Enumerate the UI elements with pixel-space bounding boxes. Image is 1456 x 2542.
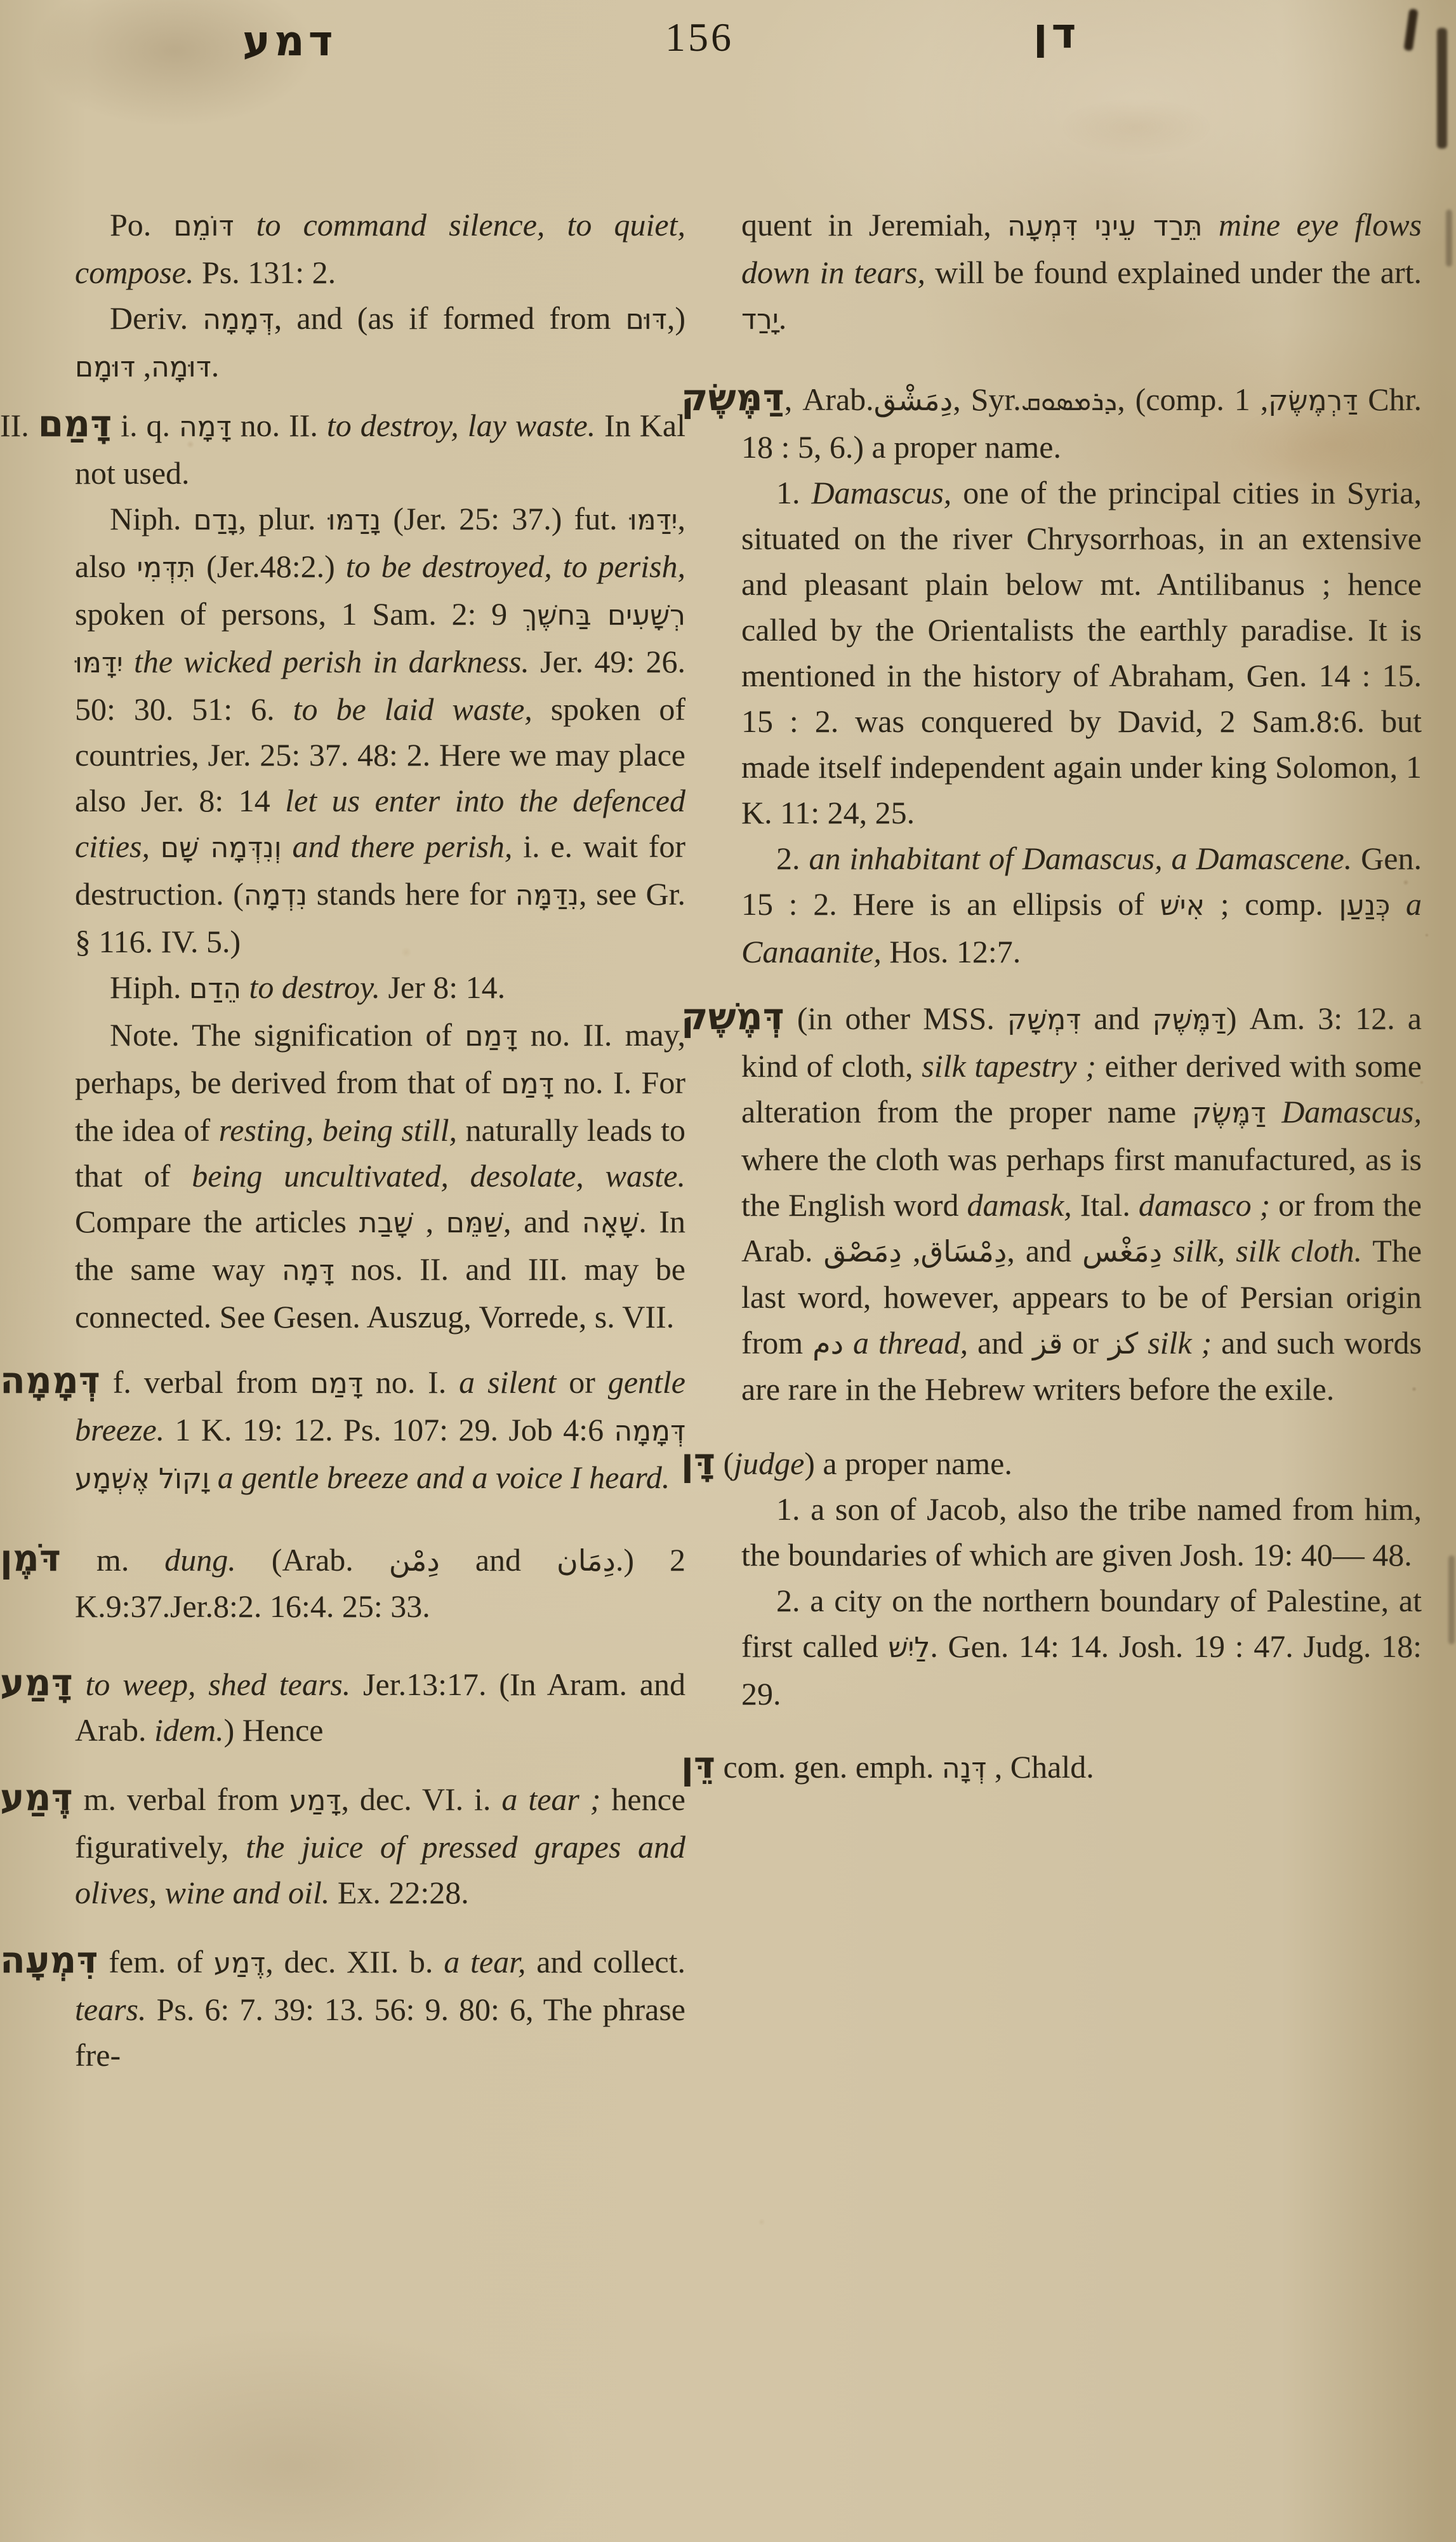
text-segment-rm <box>1203 207 1219 243</box>
text-segment-he: נָדַמּוּ <box>328 504 381 536</box>
text-segment-it: to be laid waste, <box>293 691 533 727</box>
entry-den-chald: דֵּן com. gen. emph. דְּנָה , Chald. <box>741 1742 1422 1792</box>
text-segment-he: דַּמֶּשֶׂק <box>1192 1097 1266 1129</box>
header-catchword-right: דן <box>1033 9 1080 58</box>
text-segment-it: tears. <box>75 1992 147 2027</box>
text-segment-it: a silent <box>459 1364 556 1400</box>
text-segment-ar: دِمَان <box>557 1543 616 1578</box>
text-segment-rm: ,) <box>667 300 685 336</box>
text-segment-hw: דִּמְעָה <box>0 1938 98 1981</box>
left-column: Po. דּוֹמֵם to command silence, to quiet… <box>75 202 685 2078</box>
text-segment-he: נִדַּמָּה <box>515 879 579 912</box>
text-segment-he: דָּמָה <box>179 411 232 443</box>
text-segment-it: damask, <box>967 1187 1072 1223</box>
entry-dammeseq-2: 2. an inhabitant of Damascus, a Damascen… <box>741 835 1422 975</box>
text-segment-he: דָּמַם <box>465 1020 517 1053</box>
text-segment-rm: m. verbal from <box>73 1781 289 1817</box>
text-segment-rm: and <box>440 1542 557 1578</box>
text-segment-rm: (Jer.48:2.) <box>195 549 346 584</box>
text-segment-it: silk, silk cloth. <box>1173 1233 1362 1268</box>
text-segment-rm: i. q. <box>112 408 179 443</box>
text-segment-rm <box>73 1667 86 1702</box>
text-segment-rm: ) Hence <box>224 1712 324 1748</box>
text-segment-rm: Niph. <box>110 501 194 536</box>
text-segment-he: דָּמַע <box>289 1785 341 1817</box>
text-segment-he: יָרַד <box>741 303 779 336</box>
text-segment-ar: دِمَشْق <box>874 383 953 417</box>
text-segment-hw: דֵּן <box>681 1743 715 1787</box>
text-segment-he: לַיִשׁ <box>888 1632 930 1664</box>
entry-dan-2: 2. a city on the northern boundary of Pa… <box>741 1578 1422 1717</box>
text-segment-he: דֶּמַע <box>214 1947 265 1980</box>
entry-damam-note: Note. The signification of דָּמַם no. II… <box>75 1012 685 1340</box>
entry-demesheq: דְּמֶשֶׁק (in other MSS. דִּמְשָׁק and ד… <box>741 994 1422 1412</box>
text-segment-it: being uncultivated, desolate, waste. <box>192 1158 685 1194</box>
text-segment-rm: Hos. 12:7. <box>882 934 1021 969</box>
text-segment-ar: دِمَغْس <box>1082 1234 1162 1268</box>
text-segment-he: כְּנַעַן <box>1339 889 1391 922</box>
text-segment-it: to weep, shed tears. <box>86 1667 351 1702</box>
text-segment-rm: Deriv. <box>110 300 202 336</box>
text-segment-it: a thread, <box>853 1325 968 1361</box>
text-segment-rm: quent in Jeremiah, <box>741 207 1007 243</box>
text-segment-hw: דָּמַע <box>0 1661 73 1704</box>
text-segment-rm: m. <box>61 1542 164 1578</box>
entry-damam-hiph: Hiph. הֵדַם to destroy. Jer 8: 14. <box>75 964 685 1012</box>
text-segment-rm: , Chald. <box>986 1749 1094 1785</box>
text-segment-rm: , dec. XII. b. <box>265 1944 444 1980</box>
text-segment-he: נִדְמָה <box>244 879 307 912</box>
text-segment-rm: ( <box>715 1446 734 1481</box>
text-segment-rm <box>1266 1094 1281 1129</box>
text-segment-he: תִּדְּמִי <box>136 552 195 584</box>
text-segment-rm: (Arab. <box>236 1542 389 1578</box>
text-segment-rm: 1. <box>776 475 811 510</box>
text-segment-rm: II. <box>0 408 38 443</box>
page-edge-mark <box>1403 8 1418 51</box>
text-segment-ar: دِمَصْق <box>824 1234 902 1268</box>
text-segment-it: a gentle breeze and a voice I heard. <box>218 1460 670 1495</box>
text-segment-rm <box>844 1325 853 1361</box>
text-segment-he: דָּמָה <box>282 1254 334 1287</box>
entry-deriv: Deriv. דְּמָמָה, and (as if formed from … <box>75 295 685 390</box>
text-segment-it: dung. <box>164 1542 236 1578</box>
page-number: 156 <box>665 14 734 61</box>
text-segment-hw: דֶּמַע <box>0 1776 73 1819</box>
text-segment-rm: spoken of persons, 1 Sam. 2: 9 <box>75 596 522 632</box>
text-segment-it: silk tapestry ; <box>922 1048 1096 1084</box>
text-segment-he: יִדַּמּוּ <box>630 504 678 536</box>
text-segment-it: an inhabitant of Damascus, a Damascene. <box>809 841 1352 876</box>
right-column: quent in Jeremiah, תֵּרַד עֵינִי דִּמְעָ… <box>741 202 1422 1792</box>
text-segment-rm: will be found explained under the art. <box>925 255 1422 290</box>
text-segment-it: a tear ; <box>501 1781 600 1817</box>
text-segment-rm: Jer 8: 14. <box>380 969 505 1005</box>
text-segment-he: דָּמַם <box>310 1367 363 1400</box>
text-segment-rm: , <box>135 348 151 383</box>
text-segment-he: אִישׁ <box>1160 889 1205 922</box>
text-segment-he: וְנִדְּמָה שָּׁם <box>161 832 282 864</box>
text-segment-it: judge <box>734 1446 804 1481</box>
text-segment-hw: דָּמַם <box>38 402 112 445</box>
text-segment-rm: ) a proper name. <box>804 1446 1012 1481</box>
header-catchword-left: דמע <box>242 17 337 65</box>
text-segment-hw: דָּן <box>681 1440 715 1483</box>
text-segment-rm: and collect. <box>526 1944 685 1980</box>
text-segment-rm: Compare the articles <box>75 1204 359 1239</box>
text-segment-rm: , Arab. <box>784 382 874 417</box>
page-edge-mark <box>1446 210 1452 267</box>
text-segment-it: Damascus, <box>1281 1094 1422 1129</box>
text-segment-he: דַּרְמֶשֶׂק <box>1268 385 1358 417</box>
scanned-lexicon-page: דמע 156 דן Po. דּוֹמֵם to command silenc… <box>0 0 1456 2542</box>
text-segment-rm: Ps. 6: 7. 39: 13. 56: 9. 80: 6, The phra… <box>75 1992 685 2073</box>
text-segment-he: נָדַם <box>194 504 239 536</box>
text-segment-rm: Ps. 131: 2. <box>194 255 336 290</box>
text-segment-it: the wicked perish in darkness. <box>123 644 529 679</box>
text-segment-rm: (in other MSS. <box>784 1001 1007 1036</box>
text-segment-hw: דְּמָמָה <box>0 1359 100 1402</box>
entry-damam-II: II. דָּמַם i. q. דָּמָה no. II. to destr… <box>75 401 685 496</box>
entry-dema: דֶּמַע m. verbal from דָּמַע, dec. VI. i… <box>75 1774 685 1915</box>
text-segment-ar: كز <box>1108 1326 1138 1361</box>
text-segment-it: a tear, <box>444 1944 526 1980</box>
text-segment-rm <box>1138 1325 1148 1361</box>
entry-dama: דָּמַע to weep, shed tears. Jer.13:17. (… <box>75 1660 685 1753</box>
text-segment-he: דּוּמָה <box>151 351 211 383</box>
text-segment-it: to destroy, lay waste. <box>327 408 595 443</box>
text-segment-rm: Ex. 22:28. <box>329 1875 468 1910</box>
text-segment-he: שָׁבַת <box>359 1207 414 1239</box>
text-segment-he: דּוּם <box>626 303 667 336</box>
text-segment-it: idem. <box>154 1712 224 1748</box>
text-segment-rm: , <box>902 1233 921 1268</box>
text-segment-ar: دم <box>812 1326 844 1361</box>
text-segment-rm <box>1162 1233 1173 1268</box>
text-segment-it: silk ; <box>1148 1325 1212 1361</box>
text-segment-sy: ܕܪܡܣܘܩ <box>1021 385 1117 416</box>
text-segment-rm: . <box>211 348 220 383</box>
text-segment-rm: fem. of <box>98 1944 213 1980</box>
entry-dammeseq: דַּמֶּשֶׂק, Arab.دِمَشْق, Syr.ܕܪܡܣܘܩ, (c… <box>741 375 1422 470</box>
text-segment-hw: דְּמֶשֶׁק <box>681 995 784 1038</box>
text-segment-he: הֵדַם <box>189 973 241 1005</box>
text-segment-rm: . <box>779 300 787 336</box>
text-segment-rm: , <box>413 1204 446 1239</box>
text-segment-it: to destroy. <box>249 969 380 1005</box>
text-segment-hw: דֹּמֶן <box>0 1536 61 1580</box>
text-segment-ar: قز <box>1033 1326 1062 1361</box>
text-segment-rm: stands here for <box>307 876 515 912</box>
text-segment-rm: , and (as if formed from <box>274 300 626 336</box>
text-segment-rm <box>150 828 161 864</box>
text-segment-rm <box>1390 886 1406 922</box>
entry-demamah: דְּמָמָה f. verbal from דָּמַם no. I. a … <box>75 1357 685 1502</box>
entry-dimah: דִּמְעָה fem. of דֶּמַע, dec. XII. b. a … <box>75 1937 685 2078</box>
text-segment-he: שָׁאָה <box>582 1207 639 1239</box>
text-segment-rm: , (comp. <box>1117 382 1234 417</box>
entry-dammeseq-1: 1. Damascus, one of the principal cities… <box>741 470 1422 835</box>
text-segment-rm: (Jer. 25: 37.) fut. <box>381 501 630 536</box>
text-segment-it: resting, being still, <box>219 1112 457 1148</box>
text-segment-rm: and <box>968 1325 1033 1361</box>
text-segment-ar: دِمْن <box>389 1543 440 1578</box>
text-segment-rm: Note. The signification of <box>110 1017 465 1053</box>
text-segment-he: דִּמְשָׁק <box>1007 1004 1081 1036</box>
entry-dimah-cont: quent in Jeremiah, תֵּרַד עֵינִי דִּמְעָ… <box>741 202 1422 343</box>
text-segment-rm: f. verbal from <box>100 1364 310 1400</box>
text-segment-he: תֵּרַד עֵינִי דִּמְעָה <box>1007 210 1202 243</box>
text-segment-rm: Ital. <box>1072 1187 1139 1223</box>
text-segment-rm <box>241 969 249 1005</box>
text-segment-it: Damascus, <box>811 475 951 510</box>
text-segment-it: and there perish, <box>292 828 512 864</box>
text-segment-rm: and <box>1081 1001 1152 1036</box>
entry-dan-1: 1. a son of Jacob, also the tribe named … <box>741 1486 1422 1578</box>
text-segment-he: דְּמָמָה <box>202 303 274 336</box>
text-segment-he: דְּנָה <box>942 1752 986 1785</box>
entry-damam-niph: Niph. נָדַם, plur. נָדַמּוּ (Jer. 25: 37… <box>75 496 685 964</box>
text-segment-it: to be destroyed, to perish, <box>346 549 685 584</box>
text-segment-rm: , and <box>503 1204 582 1239</box>
text-segment-rm <box>209 1460 218 1495</box>
text-segment-rm: Hiph. <box>110 969 189 1005</box>
text-segment-rm: one of the principal cities in Syria, si… <box>741 475 1422 830</box>
text-segment-rm: com. gen. emph. <box>715 1749 942 1785</box>
text-segment-rm: , dec. VI. i. <box>341 1781 501 1817</box>
page-edge-mark <box>1448 1555 1455 1644</box>
text-segment-it: damasco ; <box>1139 1187 1270 1223</box>
text-segment-rm: no. II. <box>232 408 327 443</box>
text-segment-he: דּוֹמֵם <box>173 210 234 243</box>
text-segment-rm: ; comp. <box>1205 886 1339 922</box>
text-segment-hw: דַּמֶּשֶׂק <box>681 376 784 419</box>
entry-domem-po: Po. דּוֹמֵם to command silence, to quiet… <box>75 202 685 295</box>
text-segment-rm: no. I. <box>363 1364 459 1400</box>
page-edge-mark <box>1437 28 1447 149</box>
text-segment-rm: Po. <box>110 207 173 243</box>
text-segment-rm: 1. a son of Jacob, also the tribe named … <box>741 1491 1422 1573</box>
text-segment-rm: , Syr. <box>953 382 1021 417</box>
entry-dan: דָּן (judge) a proper name. <box>741 1439 1422 1486</box>
entry-domen: דֹּמֶן m. dung. (Arab. دِمْن and دِمَان.… <box>75 1535 685 1629</box>
text-segment-rm: , and <box>1007 1233 1082 1268</box>
text-segment-rm <box>282 828 293 864</box>
text-segment-rm: or <box>1063 1325 1108 1361</box>
text-segment-he: דָּמַם <box>501 1068 554 1100</box>
text-segment-rm: or <box>556 1364 607 1400</box>
text-segment-he: דּוּמָם <box>75 351 135 383</box>
text-segment-he: שַׁמֵּם <box>446 1207 503 1239</box>
text-segment-rm: , plur. <box>239 501 328 536</box>
text-segment-rm: 2. <box>776 841 809 876</box>
text-segment-rm: 1 K. 19: 12. Ps. 107: 29. Job 4:6 <box>164 1412 614 1447</box>
text-segment-he: דַּמֶּשֶׁק <box>1153 1004 1226 1036</box>
text-segment-ar: دِمْسَاق <box>920 1234 1007 1268</box>
